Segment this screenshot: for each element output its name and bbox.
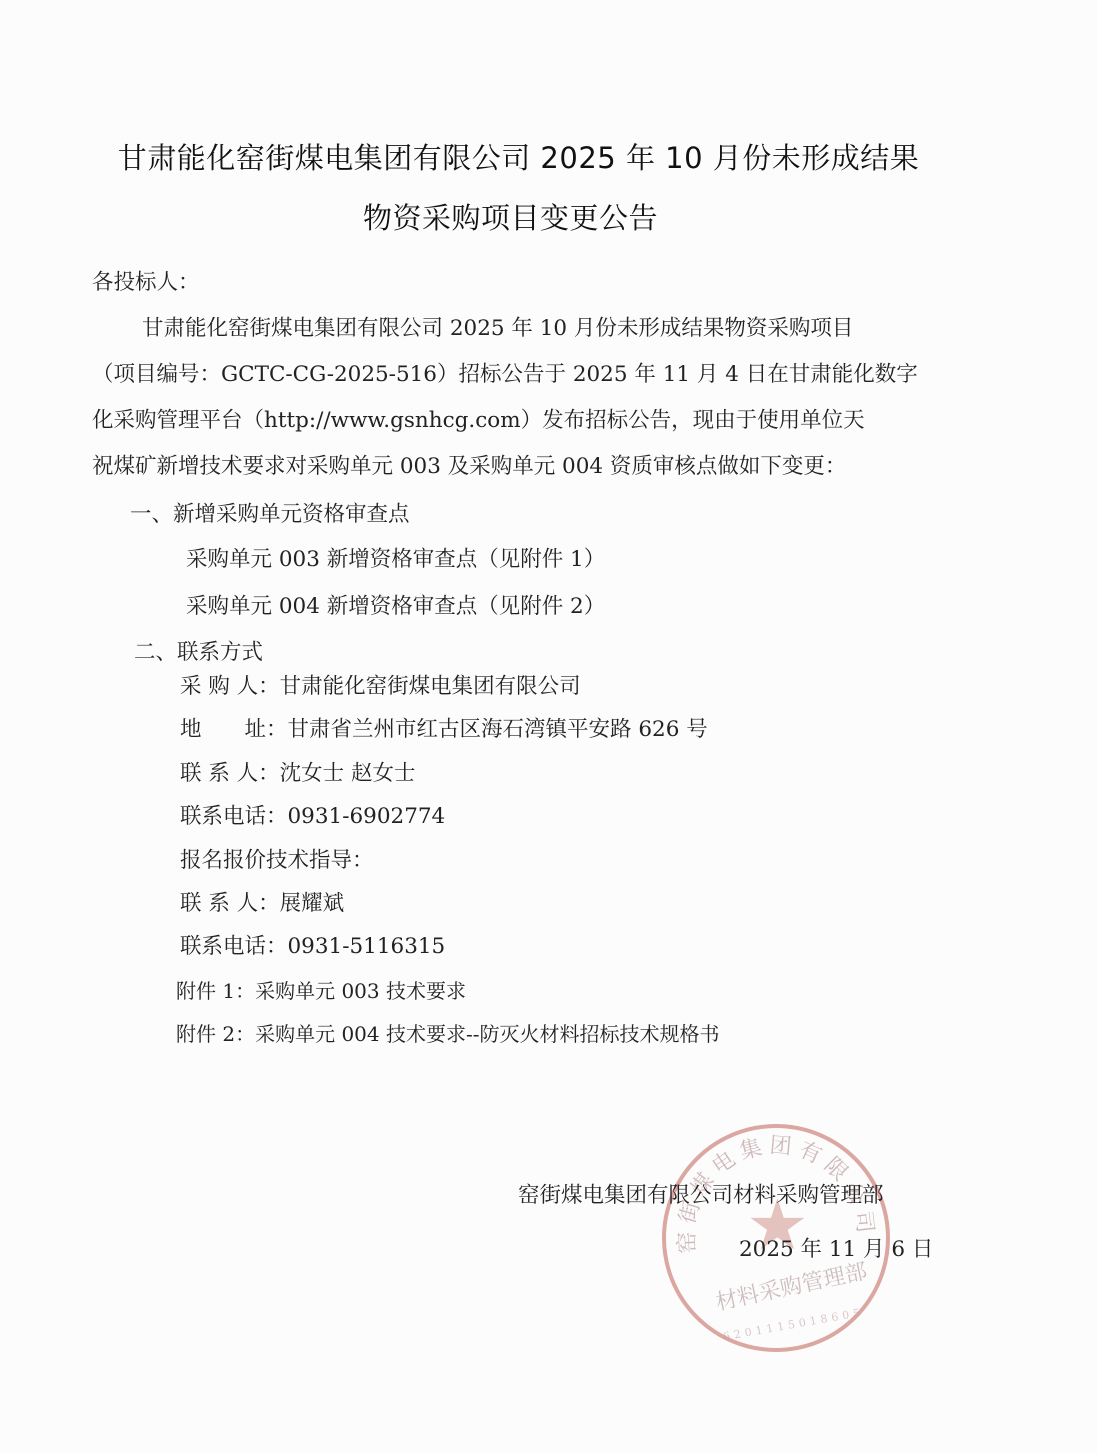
document-page: 甘肃能化窑街煤电集团有限公司 2025 年 10 月份未形成结果 物资采购项目变… (0, 0, 1097, 1454)
section-2-heading: 二、联系方式 (134, 638, 263, 668)
section-1-item-2: 采购单元 004 新增资格审查点（见附件 2） (186, 592, 605, 622)
body-line-4: 祝煤矿新增技术要求对采购单元 003 及采购单元 004 资质审核点做如下变更： (92, 452, 846, 482)
document-title-line-1: 甘肃能化窑街煤电集团有限公司 2025 年 10 月份未形成结果 (0, 136, 1067, 177)
purchaser-line: 采 购 人：甘肃能化窑街煤电集团有限公司 (180, 672, 581, 702)
tech-guidance-heading: 报名报价技术指导： (180, 846, 374, 876)
phone-line: 联系电话：0931-6902774 (180, 802, 445, 832)
body-line-2: （项目编号：GCTC-CG-2025-516）招标公告于 2025 年 11 月… (92, 360, 918, 390)
contact-line: 联 系 人：沈女士 赵女士 (180, 759, 416, 789)
signoff-department: 窑街煤电集团有限公司材料采购管理部 (518, 1181, 884, 1211)
address-line: 地 址：甘肃省兰州市红古区海石湾镇平安路 626 号 (180, 715, 708, 745)
body-line-1: 甘肃能化窑街煤电集团有限公司 2025 年 10 月份未形成结果物资采购项目 (142, 314, 853, 344)
signoff-date: 2025 年 11 月 6 日 (739, 1235, 933, 1265)
section-1-heading: 一、新增采购单元资格审查点 (130, 500, 410, 530)
attachment-2: 附件 2：采购单元 004 技术要求--防灭火材料招标技术规格书 (176, 1019, 720, 1049)
document-title-line-2: 物资采购项目变更公告 (0, 196, 1059, 237)
tech-contact-line: 联 系 人：展耀斌 (180, 889, 344, 919)
tech-phone-line: 联系电话：0931-5116315 (180, 932, 445, 962)
body-line-3: 化采购管理平台（http://www.gsnhcg.com）发布招标公告，现由于… (92, 406, 865, 436)
salutation: 各投标人： (92, 268, 200, 298)
section-1-item-1: 采购单元 003 新增资格审查点（见附件 1） (186, 545, 605, 575)
attachment-1: 附件 1：采购单元 003 技术要求 (176, 976, 466, 1006)
